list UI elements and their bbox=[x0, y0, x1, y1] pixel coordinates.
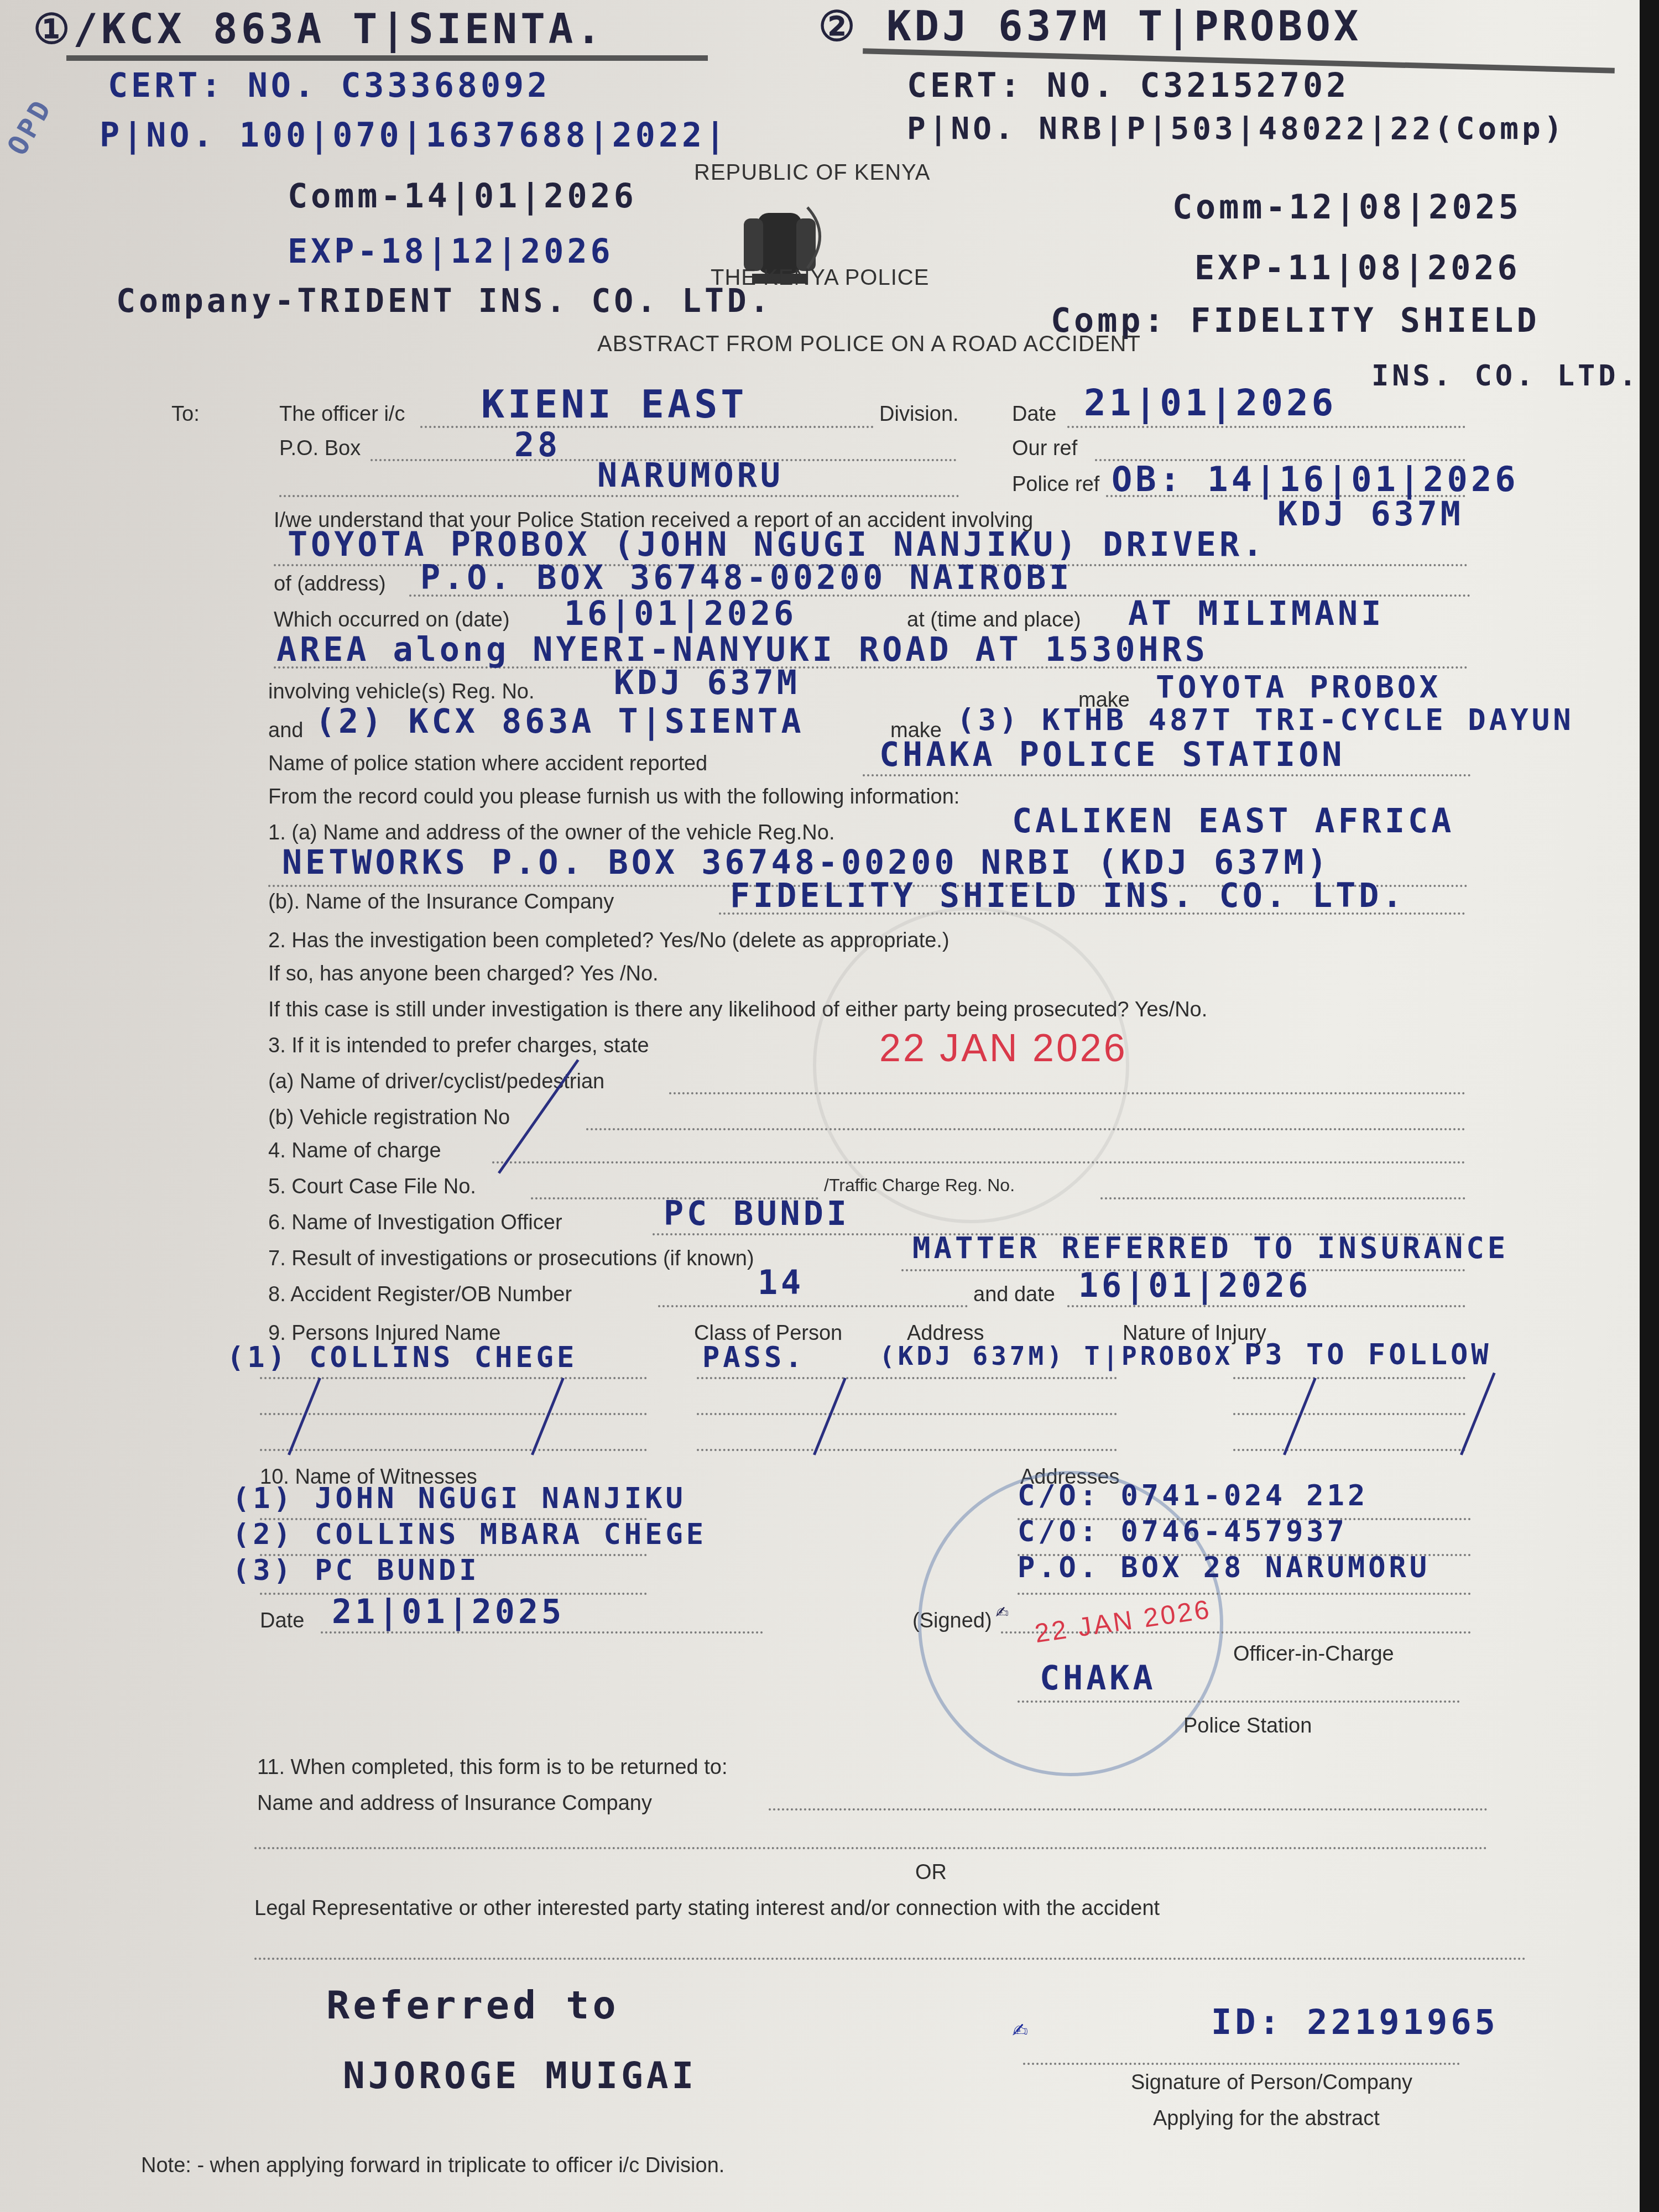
and-value: (2) KCX 863A T|SIENTA bbox=[315, 702, 805, 741]
q8-date-line bbox=[1067, 1305, 1465, 1307]
vehicle1-comm: Comm-14|01|2026 bbox=[288, 177, 637, 216]
police-station-label: Police Station bbox=[1183, 1714, 1312, 1738]
station-value: CHAKA POLICE STATION bbox=[879, 735, 1345, 774]
or-label: OR bbox=[915, 1861, 947, 1885]
q2b-label: If so, has anyone been charged? Yes /No. bbox=[268, 962, 659, 986]
republic-heading: REPUBLIC OF KENYA bbox=[694, 160, 930, 185]
q3-label: 3. If it is intended to prefer charges, … bbox=[268, 1034, 649, 1058]
pobox-value: 28 bbox=[514, 426, 561, 465]
pobox-label: P.O. Box bbox=[279, 437, 361, 461]
strike-mark bbox=[531, 1378, 565, 1455]
make2-value: (3) KTHB 487T TRI-CYCLE DAYUN bbox=[957, 702, 1574, 737]
legal-label: Legal Representative or other interested… bbox=[254, 1897, 1160, 1921]
station-line bbox=[863, 774, 1471, 776]
vehicle1-company: Company-TRIDENT INS. CO. LTD. bbox=[116, 282, 773, 320]
occurred-label: Which occurred on (date) bbox=[274, 608, 510, 632]
station-label: Name of police station where accident re… bbox=[268, 752, 707, 776]
q5-label: 5. Court Case File No. bbox=[268, 1175, 476, 1199]
q6-value: PC BUNDI bbox=[664, 1194, 850, 1233]
q3a-line bbox=[669, 1092, 1465, 1094]
date-value: 21|01|2026 bbox=[1084, 382, 1337, 424]
address-label: of (address) bbox=[274, 572, 386, 596]
vehicle2-policy: P|NO. NRB|P|503|48022|22(Comp) bbox=[907, 111, 1566, 147]
date2-line bbox=[321, 1631, 763, 1634]
date-label: Date bbox=[1012, 403, 1056, 426]
timeplace-value: AT MILIMANI bbox=[1128, 594, 1384, 633]
strike-mark bbox=[288, 1378, 321, 1455]
vehicle1-underline bbox=[66, 55, 708, 61]
injured-class: PASS. bbox=[702, 1341, 806, 1374]
referred-line1: Referred to bbox=[326, 1983, 619, 2028]
occurred-value: 16|01|2026 bbox=[564, 594, 797, 633]
q11-label: 11. When completed, this form is to be r… bbox=[257, 1756, 728, 1780]
officer-label: The officer i/c bbox=[279, 403, 405, 426]
ourref-label: Our ref bbox=[1012, 437, 1077, 461]
policeref-value: OB: 14|16|01|2026 bbox=[1112, 459, 1519, 499]
involving-label: involving vehicle(s) Reg. No. bbox=[268, 680, 535, 704]
q7-value: MATTER REFERRED TO INSURANCE bbox=[912, 1230, 1509, 1265]
vehicle2-cert: CERT: NO. C32152702 bbox=[907, 66, 1349, 105]
document-page: ①/KCX 863A T|SIENTA. CERT: NO. C33368092… bbox=[0, 0, 1640, 2212]
form-title: ABSTRACT FROM POLICE ON A ROAD ACCIDENT bbox=[597, 332, 1141, 357]
injured-line-2c bbox=[1233, 1413, 1465, 1415]
q5b-label: /Traffic Charge Reg. No. bbox=[824, 1175, 1015, 1196]
q2-label: 2. Has the investigation been completed?… bbox=[268, 929, 950, 953]
q4-line bbox=[492, 1161, 1465, 1164]
furnish-label: From the record could you please furnish… bbox=[268, 785, 959, 809]
date2-label: Date bbox=[260, 1609, 304, 1633]
witness-line-3b bbox=[1018, 1593, 1471, 1595]
strike-mark bbox=[1283, 1378, 1317, 1455]
side-note: OPD bbox=[1, 93, 59, 161]
timeplace-label: at (time and place) bbox=[907, 608, 1081, 632]
vehicle1-heading: ①/KCX 863A T|SIENTA. bbox=[33, 6, 604, 53]
address-value: P.O. BOX 36748-00200 NAIROBI bbox=[420, 559, 1072, 597]
applicant-signature: ✍ bbox=[1012, 2013, 1031, 2044]
injured-injury: P3 TO FOLLOW bbox=[1244, 1338, 1492, 1371]
q11a-line2 bbox=[254, 1847, 1488, 1849]
injured-line-3c bbox=[1233, 1449, 1465, 1451]
policeref-label: Police ref bbox=[1012, 473, 1099, 497]
signature-line bbox=[1023, 2063, 1460, 2065]
note: Note: - when applying forward in triplic… bbox=[141, 2154, 724, 2178]
witness-address: C/O: 0741-024 212 bbox=[1018, 1479, 1368, 1512]
referred-line2: NJOROGE MUIGAI bbox=[343, 2054, 697, 2097]
injured-line-1c bbox=[1233, 1377, 1465, 1379]
legal-line2 bbox=[254, 1958, 1526, 1960]
oic-label: Officer-in-Charge bbox=[1233, 1642, 1394, 1666]
vehicle2-company-line2: INS. CO. LTD. bbox=[1371, 359, 1640, 393]
q5b-line bbox=[1100, 1197, 1465, 1199]
q11a-line bbox=[769, 1808, 1488, 1811]
station2-value: CHAKA bbox=[1040, 1659, 1156, 1698]
q3b-label: (b) Vehicle registration No bbox=[268, 1106, 510, 1130]
vehicle2-heading: ② KDJ 637M T|PROBOX bbox=[818, 3, 1361, 50]
q1b-label: (b). Name of the Insurance Company bbox=[268, 890, 614, 914]
q1a-value: CALIKEN EAST AFRICA bbox=[1012, 802, 1454, 841]
injured-name: (1) COLLINS CHEGE bbox=[227, 1341, 577, 1374]
q1a-label: 1. (a) Name and address of the owner of … bbox=[268, 821, 834, 845]
q1b-value: FIDELITY SHIELD INS. CO. LTD. bbox=[730, 877, 1406, 915]
q3b-line bbox=[586, 1128, 1465, 1130]
signature-id: ID: 22191965 bbox=[1211, 2002, 1499, 2042]
witness-address: C/O: 0746-457937 bbox=[1018, 1515, 1348, 1548]
injured-line-3a bbox=[260, 1449, 647, 1451]
make-value: TOYOTA PROBOX bbox=[1156, 669, 1441, 705]
witness-name: (1) JOHN NGUGI NANJIKU bbox=[232, 1482, 686, 1515]
injured-line-3b bbox=[697, 1449, 1117, 1451]
q8-line bbox=[658, 1305, 968, 1307]
sig-label1: Signature of Person/Company bbox=[1131, 2071, 1412, 2095]
injured-line-1b bbox=[697, 1377, 1117, 1379]
q8-date-label: and date bbox=[973, 1283, 1055, 1307]
q8-value: 14 bbox=[758, 1264, 804, 1302]
pobox-town: NARUMORU bbox=[597, 456, 784, 495]
injured-line-2a bbox=[260, 1413, 647, 1415]
q11a-label: Name and address of Insurance Company bbox=[257, 1792, 652, 1815]
signed-label: (Signed) bbox=[912, 1609, 992, 1633]
q6-label: 6. Name of Investigation Officer bbox=[268, 1211, 562, 1235]
witness-address: P.O. BOX 28 NARUMORU bbox=[1018, 1551, 1430, 1584]
date-line bbox=[1067, 426, 1465, 428]
division-label: Division. bbox=[879, 403, 959, 426]
injured-address: (KDJ 637M) T|PROBOX bbox=[879, 1341, 1233, 1371]
q3a-label: (a) Name of driver/cyclist/pedestrian bbox=[268, 1070, 604, 1094]
police-heading: THE KENYA POLICE bbox=[711, 265, 929, 290]
officer-signature: ✍ bbox=[995, 1598, 1012, 1624]
sig-label2: Applying for the abstract bbox=[1153, 2107, 1380, 2131]
involving-value: KDJ 637M bbox=[614, 664, 800, 702]
witness-name: (3) PC BUNDI bbox=[232, 1554, 480, 1587]
understand-value: KDJ 637M bbox=[1277, 495, 1464, 534]
q8-date-value: 16|01|2026 bbox=[1078, 1266, 1311, 1305]
strike-mark bbox=[813, 1378, 847, 1455]
injured-line-2b bbox=[697, 1413, 1117, 1415]
vehicle2-exp: EXP-11|08|2026 bbox=[1194, 249, 1521, 288]
q4-label: 4. Name of charge bbox=[268, 1139, 441, 1163]
witness-name: (2) COLLINS MBARA CHEGE bbox=[232, 1518, 707, 1551]
vehicle1-policy: P|NO. 100|070|1637688|2022| bbox=[100, 116, 728, 155]
and-label: and bbox=[268, 719, 303, 743]
vehicle2-comm: Comm-12|08|2025 bbox=[1172, 188, 1522, 227]
vehicle1-exp: EXP-18|12|2026 bbox=[288, 232, 614, 271]
q8-label: 8. Accident Register/OB Number bbox=[268, 1283, 572, 1307]
vehicle1-cert: CERT: NO. C33368092 bbox=[108, 66, 550, 105]
pobox-town-line bbox=[279, 495, 959, 497]
to-label: To: bbox=[171, 403, 200, 426]
officer-value: KIENI EAST bbox=[481, 382, 747, 427]
station2-line bbox=[1018, 1700, 1460, 1703]
date2-value: 21|01|2025 bbox=[332, 1593, 565, 1631]
q7-label: 7. Result of investigations or prosecuti… bbox=[268, 1247, 754, 1271]
photo-edge bbox=[1640, 0, 1659, 2212]
